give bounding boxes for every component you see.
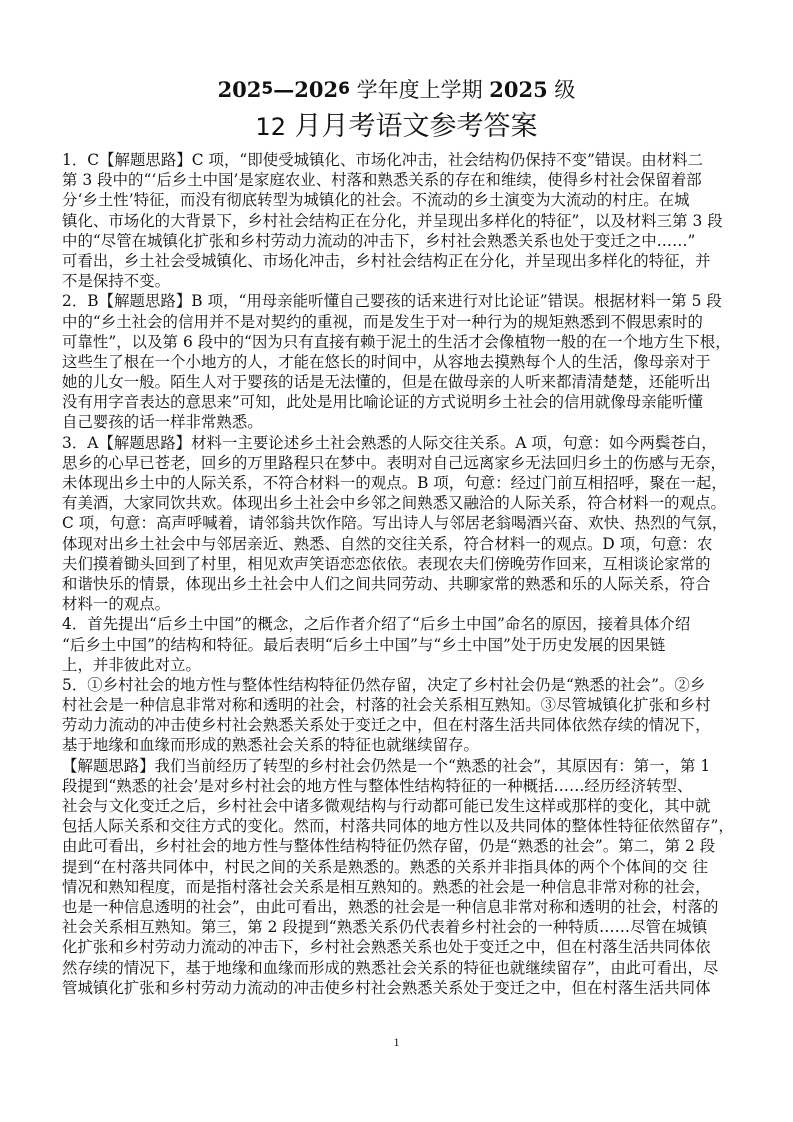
page-number: 1 xyxy=(0,1035,793,1050)
text-line: 和谐快乐的情景，体现出乡土社会中人们之间共同劳动、共聊家常的熟悉和乐的人际关系，… xyxy=(62,574,752,594)
text-line: 自己婴孩的话一样非常熟悉。 xyxy=(62,412,752,432)
title-dash: — xyxy=(273,77,294,102)
text-line: 可靠性”，以及第 6 段中的“因为只有直接有赖于泥土的生活才会像植物一般的在一个… xyxy=(62,332,752,352)
document-title-line1: 2025—2026 学年度上学期 2025 级 xyxy=(0,74,793,104)
text-line: 思乡的心早已苍老，回乡的万里路程只在梦中。表明对自己远离家乡无法回归乡土的伤感与… xyxy=(62,453,752,473)
text-line: 提到“在村落共同体中，村民之间的关系是熟悉的。熟悉的关系并非指具体的两个个体间的… xyxy=(62,857,752,877)
text-line: 段提到“熟悉的社会’是对乡村社会的地方性与整体性结构特征的一种概括……经历经济转… xyxy=(62,776,752,796)
text-line: 包括人际关系和交往方式的变化。然而，村落共同体的地方性以及共同体的整体性特征依然… xyxy=(62,816,752,836)
text-line: 然存续的情况下，基于地缘和血缘而形成的熟悉社会关系的特征也就继续留存”，由此可看… xyxy=(62,958,752,978)
text-line: 社会与文化变迁之后，乡村社会中诸多微观结构与行动都可能已发生这样或那样的变化，其… xyxy=(62,796,752,816)
text-line: 化扩张和乡村劳动力流动的冲击下，乡村社会熟悉关系也处于变迁之中，但在村落生活共同… xyxy=(62,937,752,957)
text-line: 也是一种信息透明的社会”，由此可看出，熟悉的社会是一种信息非常对称和透明的社会，… xyxy=(62,897,752,917)
text-line: 她的儿女一般。陌生人对于婴孩的话是无法懂的，但是在做母亲的人听来都清清楚楚，还能… xyxy=(62,372,752,392)
text-line: 管城镇化扩张和乡村劳动力流动的冲击使乡村社会熟悉关系处于变迁之中，但在村落生活共… xyxy=(62,978,752,998)
text-line: 劳动力流动的冲击使乡村社会熟悉关系处于变迁之中，但在村落生活共同体依然存续的情况… xyxy=(62,715,752,735)
answer-body: 1．C【解题思路】C 项，“即使受城镇化、市场化冲击，社会结构仍保持不变”错误。… xyxy=(62,150,752,998)
text-line: 3．A【解题思路】材料一主要论述乡土社会熟悉的人际交往关系。A 项，句意：如今两… xyxy=(62,433,752,453)
text-line: 镇化、市场化的大背景下，乡村社会结构正在分化，并呈现出多样化的特征”，以及材料三… xyxy=(62,211,752,231)
text-line: 没有用字音表达的意思来”可知，此处是用比喻论证的方式说明乡土社会的信用就像母亲能… xyxy=(62,392,752,412)
title-year-end-prefix: 202 xyxy=(294,77,338,102)
title-text1: 学年度上学期 xyxy=(350,78,489,102)
text-line: 未体现出乡土中的人际关系，不符合材料一的观点。B 项，句意：经过门前互相招呼，聚… xyxy=(62,473,752,493)
text-line: 村社会是一种信息非常对称和透明的社会，村落的社会关系相互熟知。③尽管城镇化扩张和… xyxy=(62,695,752,715)
title-year-start-prefix: 202 xyxy=(218,77,262,102)
text-line: 基于地缘和血缘而形成的熟悉社会关系的特征也就继续留存。 xyxy=(62,735,752,755)
text-line: 可看出，乡土社会受城镇化、市场化冲击，乡村社会结构正在分化，并呈现出多样化的特征… xyxy=(62,251,752,271)
title-text2: 级 xyxy=(548,78,576,102)
text-line: 上，并非彼此对立。 xyxy=(62,655,752,675)
title-month: 12 xyxy=(255,113,286,141)
text-line: 社会关系相互熟知。第三，第 2 段提到“熟悉关系仍代表着乡村社会的一种特质……尽… xyxy=(62,917,752,937)
document-title-line2: 12 月月考语文参考答案 xyxy=(0,104,793,143)
text-line: “后乡土中国”的结构和特征。最后表明“后乡土中国”与“乡土中国”处于历史发展的因… xyxy=(62,635,752,655)
text-line: 不是保持不变。 xyxy=(62,271,752,291)
text-line: 情况和熟知程度，而是指村落社会关系是相互熟知的。熟悉的社会是一种信息非常对称的社… xyxy=(62,877,752,897)
text-line: 中的“乡土社会的信用并不是对契约的重视，而是发生于对一种行为的规矩熟悉到不假思索… xyxy=(62,312,752,332)
text-line: 分‘乡土性’特征，而没有彻底转型为城镇化的社会。不流动的乡土演变为大流动的村庄。… xyxy=(62,190,752,210)
text-line: 第 3 段中的“‘后乡土中国’是家庭农业、村落和熟悉关系的存在和维续，使得乡村社… xyxy=(62,170,752,190)
text-line: 5．①乡村社会的地方性与整体性结构特征仍然存留，决定了乡村社会仍是“熟悉的社会”… xyxy=(62,675,752,695)
text-line: 【解题思路】我们当前经历了转型的乡村社会仍然是一个“熟悉的社会”，其原因有：第一… xyxy=(62,756,752,776)
text-line: 由此可看出，乡村社会的地方性与整体性结构特征仍然存留，仍是“熟悉的社会”。第二，… xyxy=(62,836,752,856)
text-line: 夫们摸着锄头回到了村里，相见欢声笑语恋恋依依。表现农夫们傍晚劳作回来，互相谈论家… xyxy=(62,554,752,574)
text-line: 这些生了根在一个小地方的人，才能在悠长的时间中，从容地去摸熟每个人的生活，像母亲… xyxy=(62,352,752,372)
title-grade-year: 2025 xyxy=(489,77,547,102)
title-subject: 月月考语文参考答案 xyxy=(286,111,538,142)
text-line: 2．B【解题思路】B 项，“用母亲能听懂自己婴孩的话来进行对比论证”错误。根据材… xyxy=(62,291,752,311)
text-line: C 项，句意：高声呼喊着，请邻翁共饮作陪。写出诗人与邻居老翁喝酒兴奋、欢快、热烈… xyxy=(62,513,752,533)
title-year-start-digit: 5 xyxy=(261,79,273,99)
text-line: 中的“尽管在城镇化扩张和乡村劳动力流动的冲击下，乡村社会熟悉关系也处于变迁之中…… xyxy=(62,231,752,251)
text-line: 有美酒，大家同饮共欢。体现出乡土社会中乡邻之间熟悉又融洽的人际关系，符合材料一的… xyxy=(62,493,752,513)
text-line: 体现对出乡土社会中与邻居亲近、熟悉、自然的交往关系，符合材料一的观点。D 项，句… xyxy=(62,534,752,554)
text-line: 4．首先提出“后乡土中国”的概念，之后作者介绍了“后乡土中国”命名的原因，接着具… xyxy=(62,614,752,634)
text-line: 1．C【解题思路】C 项，“即使受城镇化、市场化冲击，社会结构仍保持不变”错误。… xyxy=(62,150,752,170)
text-line: 材料一的观点。 xyxy=(62,594,752,614)
title-year-end-digit: 6 xyxy=(338,79,350,99)
